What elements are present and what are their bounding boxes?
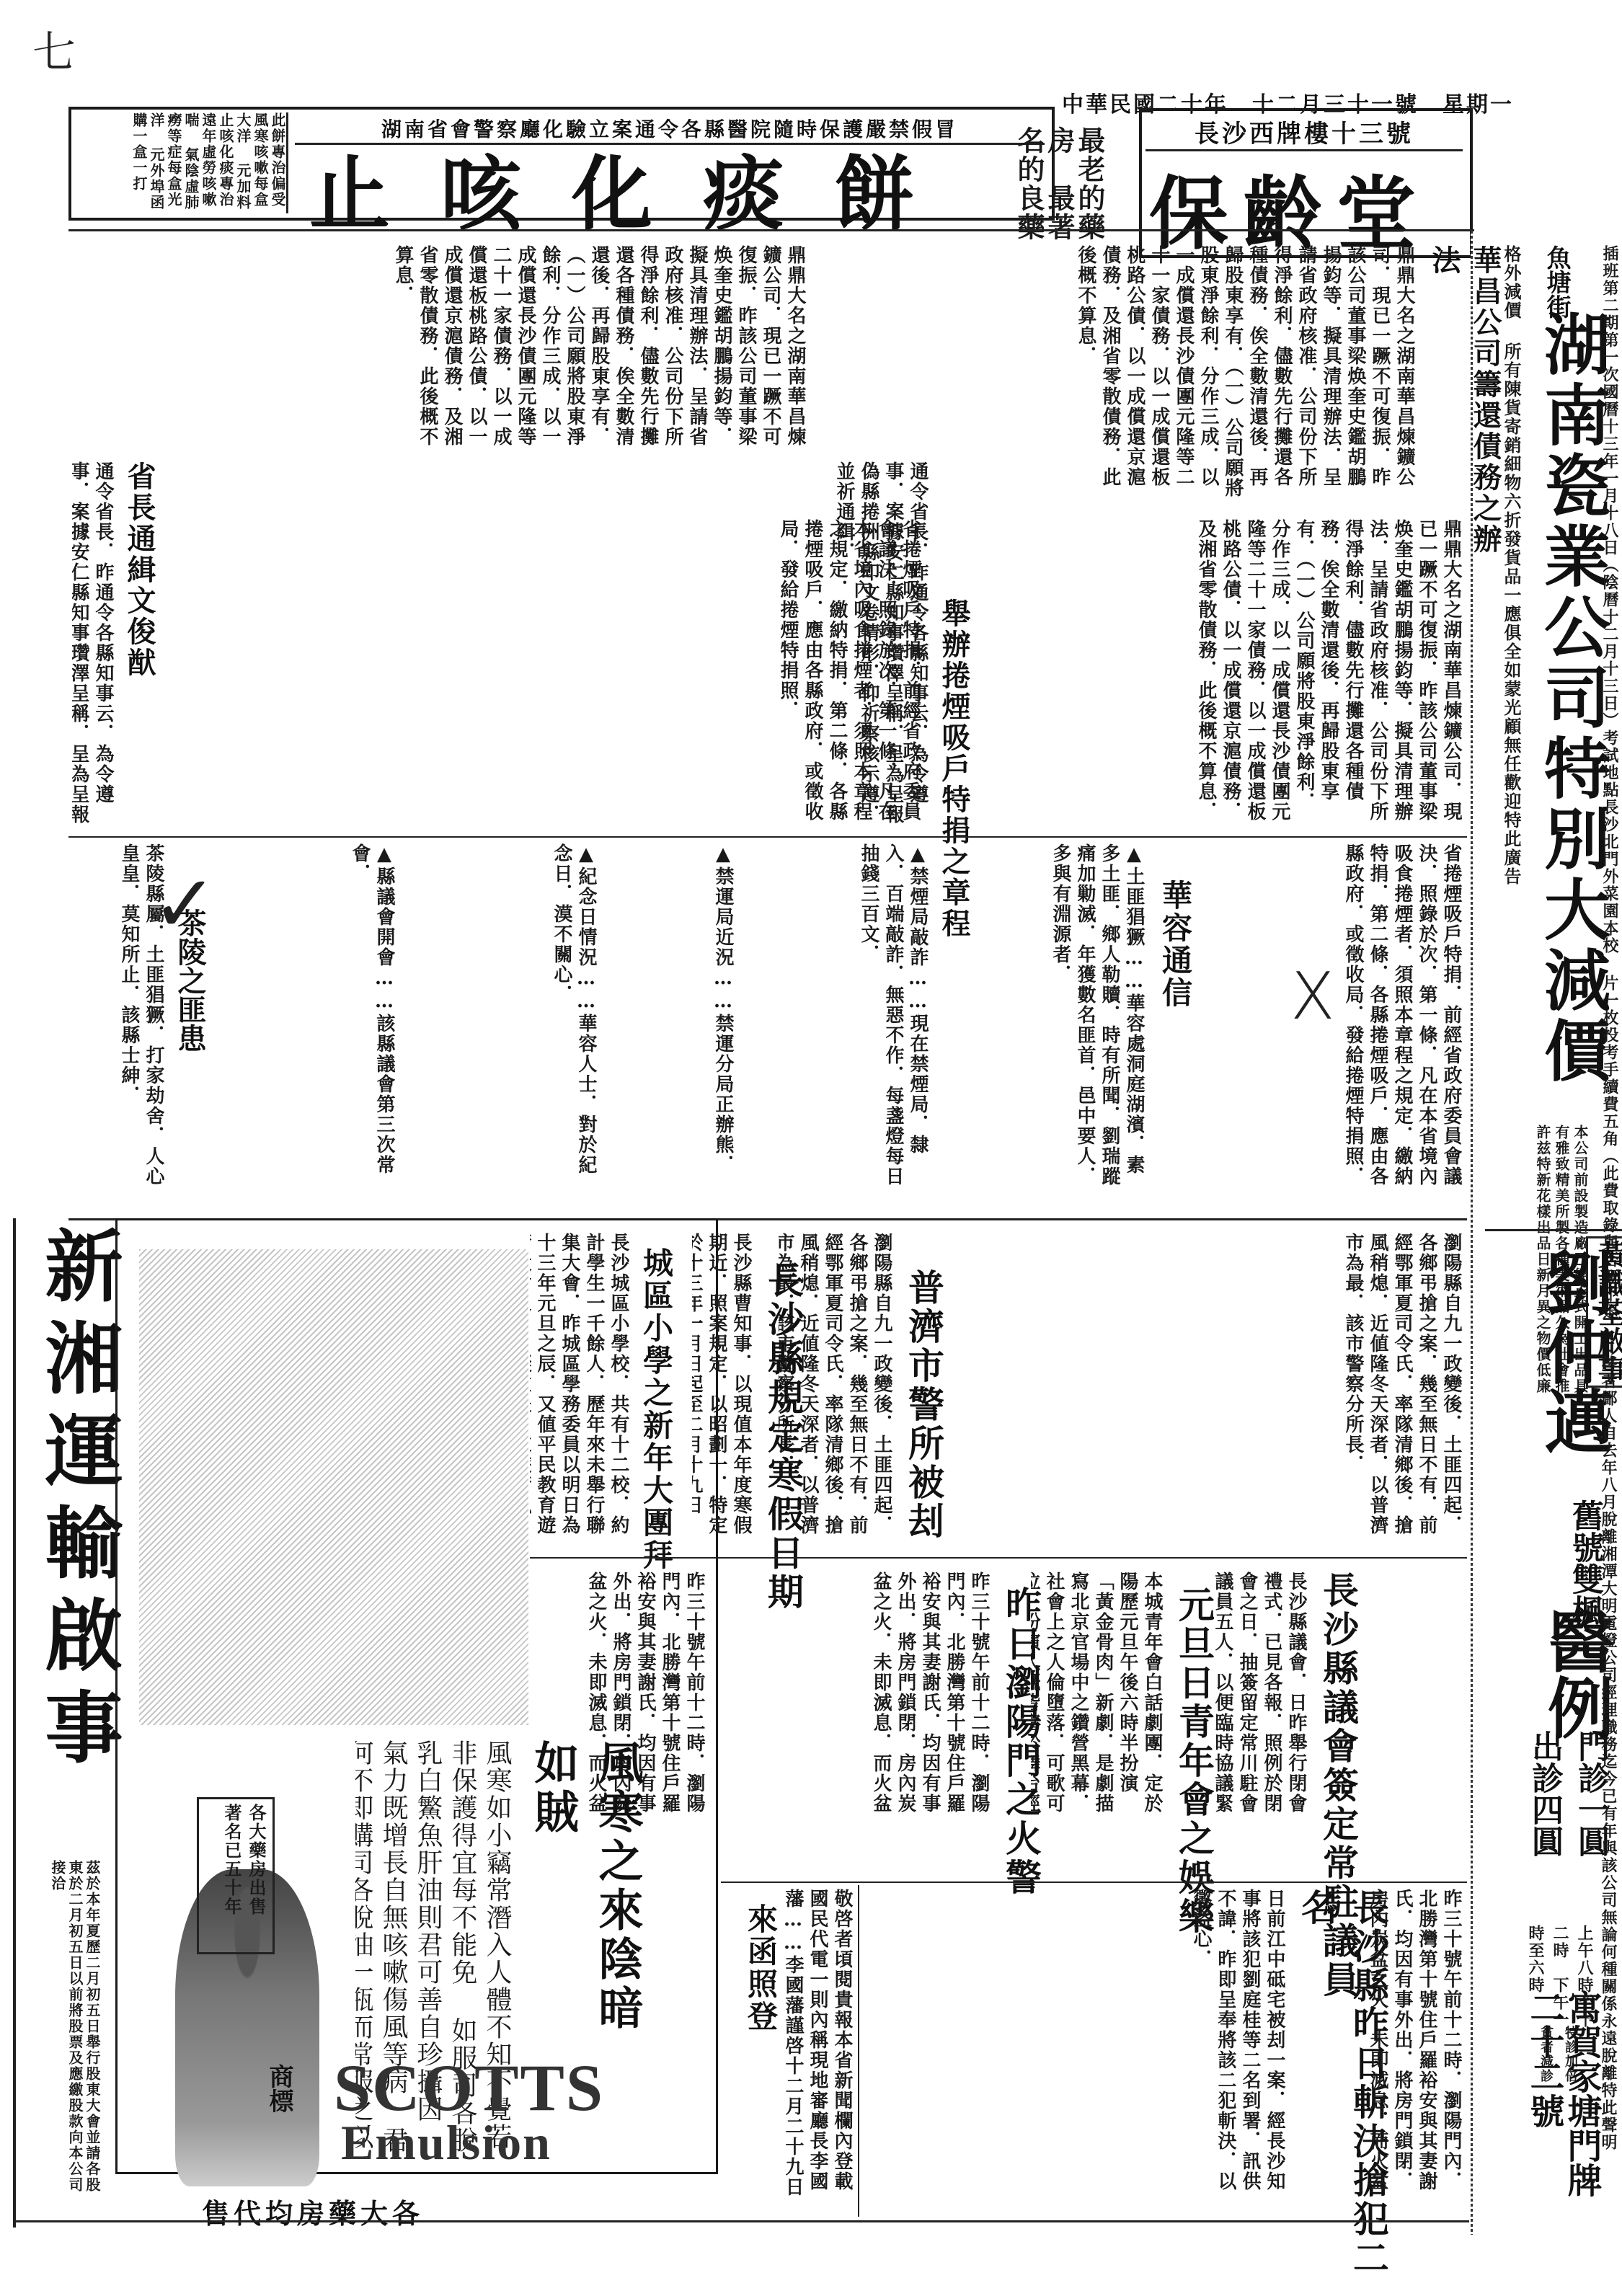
porcelain-notice: 插班第二期第一次國曆十三年一月十八日（陰曆十二月十三日）考試地點長沙北門外菜園本…: [1597, 245, 1622, 1326]
porcelain-small-top: 魚塘街: [1539, 245, 1574, 319]
left-border: [13, 1218, 16, 2228]
headline-huarong-news: 華容通信: [1153, 879, 1197, 1009]
misc-item-2: ▲紀念日情況……華容人士．對於紀念日．漠不關心．: [404, 843, 598, 1189]
scotts-headline: 風寒之來陰暗如賊: [521, 1739, 650, 2042]
article-puji-cont: 瀏陽縣自九一政變後．土匪四起．各鄉弔搶之案．幾至無日不有．前經鄂軍夏司令氏．率隊…: [944, 1233, 1463, 1550]
xinxiang-body: 茲於本年夏歷二月初五日舉行股東大會並請各股東於二月初五日以前將股票及應繳股款向本…: [22, 1860, 101, 2206]
handwritten-x-mark: X: [1290, 959, 1335, 1034]
mid-divider-1: [68, 836, 1467, 838]
doctor-notice: 啓者鄙人自去年八月脫離湘潭大明電燈公司經理職務迄今已有年與該公司無論何種關係永遠…: [1593, 1355, 1621, 2170]
article-county-council-body: 長沙縣議會．日昨舉行閉會禮式．已見各報．照例於閉會之日．抽簽留定常川駐會議員五人…: [1211, 1572, 1308, 1831]
letter-divider: [858, 1885, 859, 2217]
misc-item-3: ▲縣議會開會……該縣議會第三次常會．: [231, 843, 396, 1189]
scotts-sold-box: 各大藥房出售 著名已五十年: [197, 1797, 275, 1954]
scotts-brand-sub: Emulsion: [341, 2114, 551, 2171]
page-number-mark: 七: [32, 18, 76, 80]
headline-youth-drama: 元旦日青年會之娛樂: [1168, 1586, 1220, 1936]
cough-cake-side-text: 此餅專治偏受風寒咳嗽每盒大洋 元加料止咳化痰專治遠年虛勞咳嗽喘 氣陰虛肺癆等症每…: [77, 112, 288, 213]
baolingtang-banner: 長沙西牌樓十三號: [1145, 114, 1463, 151]
handwritten-check-mark: ✓: [151, 858, 218, 950]
doctor-address: 寓賀家塘門牌二十二號: [1521, 1990, 1600, 2220]
scotts-ad: 風寒之來陰暗如賊 風寒如小竊常潛入人體不知不覺若非保護得宜每不能免 如服司各脫乳…: [115, 1218, 718, 2174]
article-misc-body: 鼎鼎大名之湖南華昌煉鑛公司．現已一蹶不可復振．昨該公司董事梁焕奎史鑑胡鵬揚鈞等．…: [973, 519, 1463, 829]
article-huachang-debt-cont: 鼎鼎大名之湖南華昌煉鑛公司．現已一蹶不可復振．昨該公司董事梁焕奎史鑑胡鵬揚鈞等．…: [72, 245, 807, 461]
scotts-illustration: [139, 1249, 528, 1725]
huarong-item-2: ▲禁煙局敲詐……現在禁煙局．隸入．百端敲詐．無惡不作．每盞燈每日抽錢三百文．: [743, 843, 930, 1189]
top-divider: [68, 229, 1474, 231]
headline-winter-break: 長沙縣規定寒假日期: [757, 1262, 809, 1612]
headline-liuyang-fire: 昨日瀏陽門之火警: [995, 1586, 1047, 1897]
lower-divider-2: [721, 1881, 1467, 1883]
scotts-agent-line: 各大藥房均代售: [202, 2191, 424, 2231]
baolingtang-ad: 長沙西牌樓十三號 保齡堂: [1139, 108, 1473, 258]
copy-line: 氣力既增長自無咳嗽傷風等病: [378, 1739, 408, 2096]
headline-huachang-debt: 華昌公司籌還債務之辦法: [1424, 245, 1506, 555]
baolingtang-tagline: 最老的藥房 最著名的良藥: [1018, 126, 1104, 241]
headline-puji-police: 普濟市警所被刦: [898, 1269, 949, 1541]
article-misc-fire-cont: 昨三十號午前十二時．瀏陽門內．北勝灣第十號住戶羅裕安與其妻謝氏．均因有事外出．將…: [1334, 1889, 1463, 2206]
doctor-ad: 黃識荃啟事 劉仲邁 舊號雙楓 醫例 門診一圓 出診四圓 上午八時至十二時 下午一…: [1478, 1233, 1622, 2228]
scotts-trademark-label: 商標: [262, 2064, 297, 2113]
article-tobacco-tax-body: 省捲煙吸戶特捐．前經省政府委員會議決．照錄於次．第一條．凡在本省境內吸食捲煙者．…: [72, 519, 923, 829]
cough-cake-title: 止咳化痰餅: [309, 130, 965, 246]
article-liuyang-fire-body: 昨三十號午前十二時．瀏陽門內．北勝灣第十號住戶羅裕安與其妻謝氏．均因有事外出．將…: [714, 1572, 991, 1831]
doctor-ad-top-rule: [1485, 1229, 1622, 1231]
huarong-item-1: ▲土匪猖獗……華容處洞庭湖濱．素多土匪．鄉人勒贖．時有所聞．劉瑞蹤痛加勦滅．年獲…: [937, 843, 1146, 1189]
article-execution-body: 日前江中砥宅被刦一案．經長沙知事將該犯劉庭桂等二名到署．訊供不諱．昨即呈奉將該二…: [959, 1889, 1287, 2206]
article-youth-drama-body: 本城青年會白話劇團．定於陽歷元旦午後六時半扮演「黃金骨肉」新劇．是劇描寫北京官場…: [1031, 1572, 1164, 1831]
cough-cake-ad: 湖南省會警察廳化驗立案通令各縣醫院隨時保護嚴禁假冒 止咳化痰餅 此餅專治偏受風寒…: [68, 107, 1055, 221]
bottom-border: [13, 2220, 1469, 2222]
article-opium-letter-body: 敬啓者頃閱貴報本省新聞欄內登載國民代電一則內稱現地審廳長李國藩……李國藩謹啓十二…: [775, 1889, 854, 2206]
misc-item-1: ▲禁運局近況……禁運分局正辦熊．: [606, 843, 735, 1189]
